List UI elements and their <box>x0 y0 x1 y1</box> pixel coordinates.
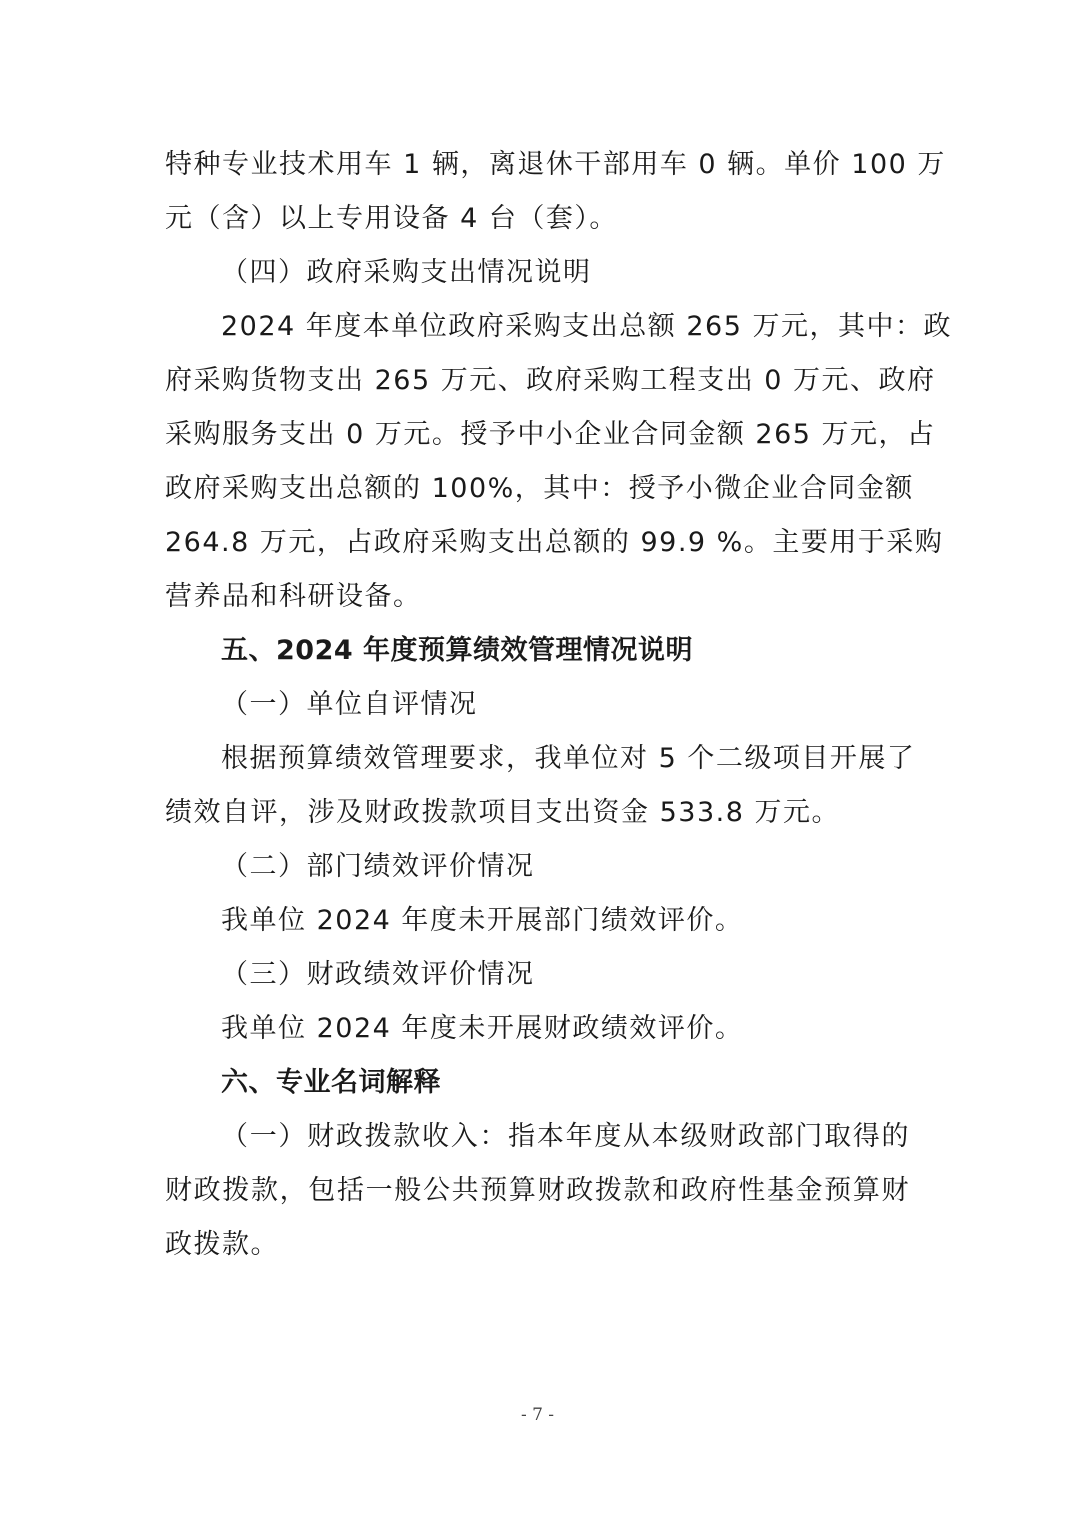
body-text-line: 特种专业技术用车 1 辆，离退休干部用车 0 辆。单价 100 万 <box>165 138 910 192</box>
section-heading: 五、2024 年度预算绩效管理情况说明 <box>165 624 910 678</box>
term-definition-line: 财政拨款，包括一般公共预算财政拨款和政府性基金预算财 <box>165 1164 910 1218</box>
body-text-line: 我单位 2024 年度未开展财政绩效评价。 <box>165 1002 910 1056</box>
subsection-heading: （一）单位自评情况 <box>165 678 910 732</box>
body-text-line: 绩效自评，涉及财政拨款项目支出资金 533.8 万元。 <box>165 786 910 840</box>
body-text-line: 政府采购支出总额的 100%，其中：授予小微企业合同金额 <box>165 462 910 516</box>
subsection-heading: （二）部门绩效评价情况 <box>165 840 910 894</box>
subsection-heading: （三）财政绩效评价情况 <box>165 948 910 1002</box>
body-text-line: 采购服务支出 0 万元。授予中小企业合同金额 265 万元，占 <box>165 408 910 462</box>
section-heading: 六、专业名词解释 <box>165 1056 910 1110</box>
body-text-line: 264.8 万元，占政府采购支出总额的 99.9 %。主要用于采购 <box>165 516 910 570</box>
body-text-line: 营养品和科研设备。 <box>165 570 910 624</box>
body-text-line: 府采购货物支出 265 万元、政府采购工程支出 0 万元、政府 <box>165 354 910 408</box>
subsection-heading: （四）政府采购支出情况说明 <box>165 246 910 300</box>
page-number: - 7 - <box>0 1405 1075 1425</box>
body-text-line: 元（含）以上专用设备 4 台（套）。 <box>165 192 910 246</box>
body-text-line: 我单位 2024 年度未开展部门绩效评价。 <box>165 894 910 948</box>
body-text-line: 根据预算绩效管理要求，我单位对 5 个二级项目开展了 <box>165 732 910 786</box>
document-page: 特种专业技术用车 1 辆，离退休干部用车 0 辆。单价 100 万 元（含）以上… <box>165 138 910 1272</box>
body-text-line: 2024 年度本单位政府采购支出总额 265 万元，其中：政 <box>165 300 910 354</box>
term-definition-line: 政拨款。 <box>165 1218 910 1272</box>
term-definition-line: （一）财政拨款收入：指本年度从本级财政部门取得的 <box>165 1110 910 1164</box>
